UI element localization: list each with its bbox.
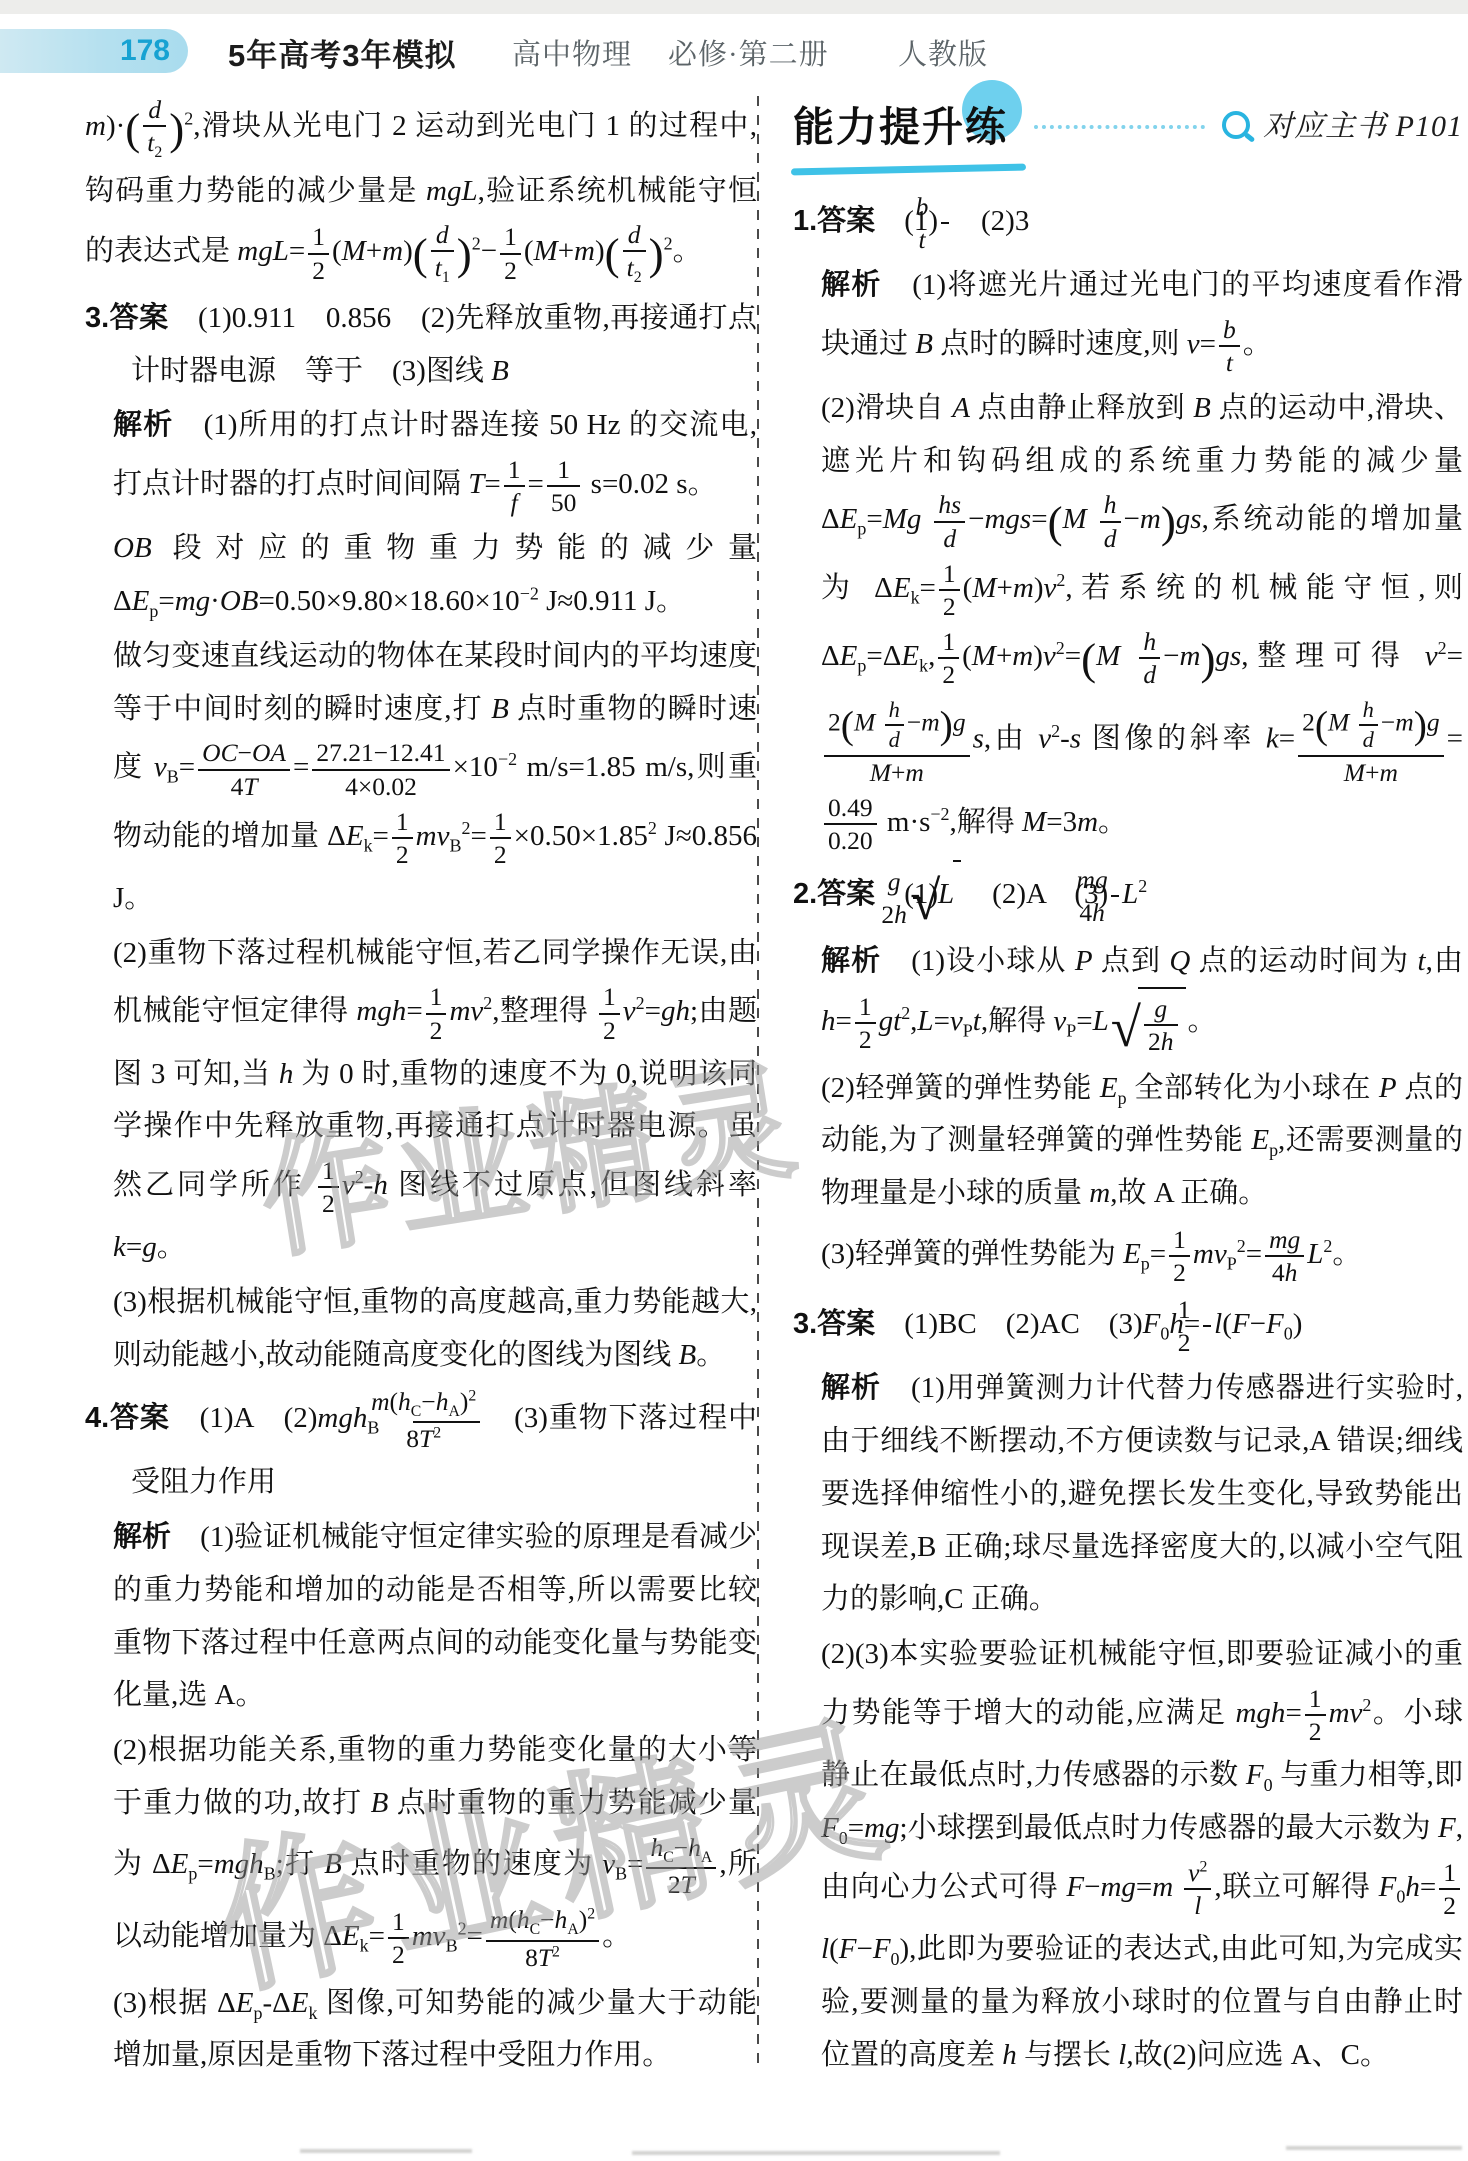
paragraph: 3.答案 (1)0.911 0.856 (2)先释放重物,再接通打点计时器电源 … xyxy=(85,292,757,398)
paragraph: 解析 (1)所用的打点计时器连接 50 Hz 的交流电,打点计时器的打点时间间隔… xyxy=(85,399,757,520)
paragraph: 2.答案 (1)L√g2h (2)A (3)mg4hL2 xyxy=(793,860,1463,932)
left-column: m)·(dt2)2,滑块从光电门 2 运动到光电门 1 的过程中,钩码重力势能的… xyxy=(85,92,757,2084)
right-column: 能力提升练 对应主书 P101 1.答案 (1)bt (2)3解析 (1)将遮光… xyxy=(793,84,1463,2083)
scan-edge-artifact xyxy=(1286,2146,1462,2150)
dotted-rule xyxy=(1034,125,1205,129)
series-title: 5年高考3年模拟 xyxy=(228,30,456,75)
paragraph: 1.答案 (1)bt (2)3 xyxy=(793,189,1463,257)
scan-edge-artifact xyxy=(300,2149,472,2153)
paragraph: (2)根据功能关系,重物的重力势能变化量的大小等于重力做的功,故打 B 点时重物… xyxy=(85,1724,757,1975)
header-volume: 必修·第二册 xyxy=(668,32,829,73)
paragraph: 解析 (1)设小球从 P 点到 Q 点的运动时间为 t,由 h=12gt2,L=… xyxy=(793,935,1463,1060)
paragraph: (3)根据 ΔEp-ΔEk 图像,可知势能的减少量大于动能增加量,原因是重物下落… xyxy=(85,1977,757,2083)
page-number: 178 xyxy=(120,34,170,67)
header-edition: 人教版 xyxy=(898,32,988,73)
right-column-body: 1.答案 (1)bt (2)3解析 (1)将遮光片通过光电门的平均速度看作滑块通… xyxy=(793,189,1463,2082)
paragraph: OB 段对应的重物重力势能的减少量 ΔEp=mg·OB=0.50×9.80×18… xyxy=(85,522,757,628)
paragraph: 3.答案 (1)BC (2)AC (3)F0h=12l(F−F0) xyxy=(793,1292,1463,1360)
paragraph: (2)重物下落过程机械能守恒,若乙同学操作无误,由机械能守恒定律得 mgh=12… xyxy=(85,927,757,1275)
page-number-badge: 178 xyxy=(0,29,188,73)
header-subject: 高中物理 xyxy=(512,32,632,73)
paragraph: (2)(3)本实验要验证机械能守恒,即要验证减小的重力势能等于增大的动能,应满足… xyxy=(793,1628,1463,2081)
paragraph: 解析 (1)验证机械能守恒定律实验的原理是看减少的重力势能和增加的动能是否相等,… xyxy=(85,1511,757,1722)
paragraph: m)·(dt2)2,滑块从光电门 2 运动到光电门 1 的过程中,钩码重力势能的… xyxy=(85,92,757,290)
scan-edge-artifact xyxy=(0,0,1468,14)
paragraph: (2)滑块自 A 点由静止释放到 B 点的运动中,滑块、遮光片和钩码组成的系统重… xyxy=(793,382,1463,858)
section-header: 能力提升练 对应主书 P101 xyxy=(793,90,1463,165)
page-header: 178 5年高考3年模拟 高中物理 必修·第二册 人教版 xyxy=(0,26,1468,76)
paragraph: (3)轻弹簧的弹性势能为 Ep=12mvP2=mg4hL2。 xyxy=(793,1222,1463,1290)
paragraph: 4.答案 (1)A (2)mghB m(hC−hA)28T2 (3)重物下落过程… xyxy=(85,1384,757,1509)
paragraph: (2)轻弹簧的弹性势能 Ep 全部转化为小球在 P 点的动能,为了测量轻弹簧的弹… xyxy=(793,1062,1463,1220)
scan-edge-artifact xyxy=(632,2151,1000,2155)
magnifier-icon xyxy=(1221,110,1255,144)
paragraph: 解析 (1)将遮光片通过光电门的平均速度看作滑块通过 B 点时的瞬时速度,则 v… xyxy=(793,259,1463,380)
paragraph: 解析 (1)用弹簧测力计代替力传感器进行实验时,由于细线不断摆动,不方便读数与记… xyxy=(793,1362,1463,1626)
paragraph: 做匀变速直线运动的物体在某段时间内的平均速度等于中间时刻的瞬时速度,打 B 点时… xyxy=(85,630,757,925)
section-title: 能力提升练 xyxy=(793,90,1008,165)
column-divider xyxy=(757,96,759,2068)
textbook-page-reference: 对应主书 P101 xyxy=(1263,100,1463,155)
paragraph: (3)根据机械能守恒,重物的高度越高,重力势能越大,则动能越小,故动能随高度变化… xyxy=(85,1276,757,1382)
